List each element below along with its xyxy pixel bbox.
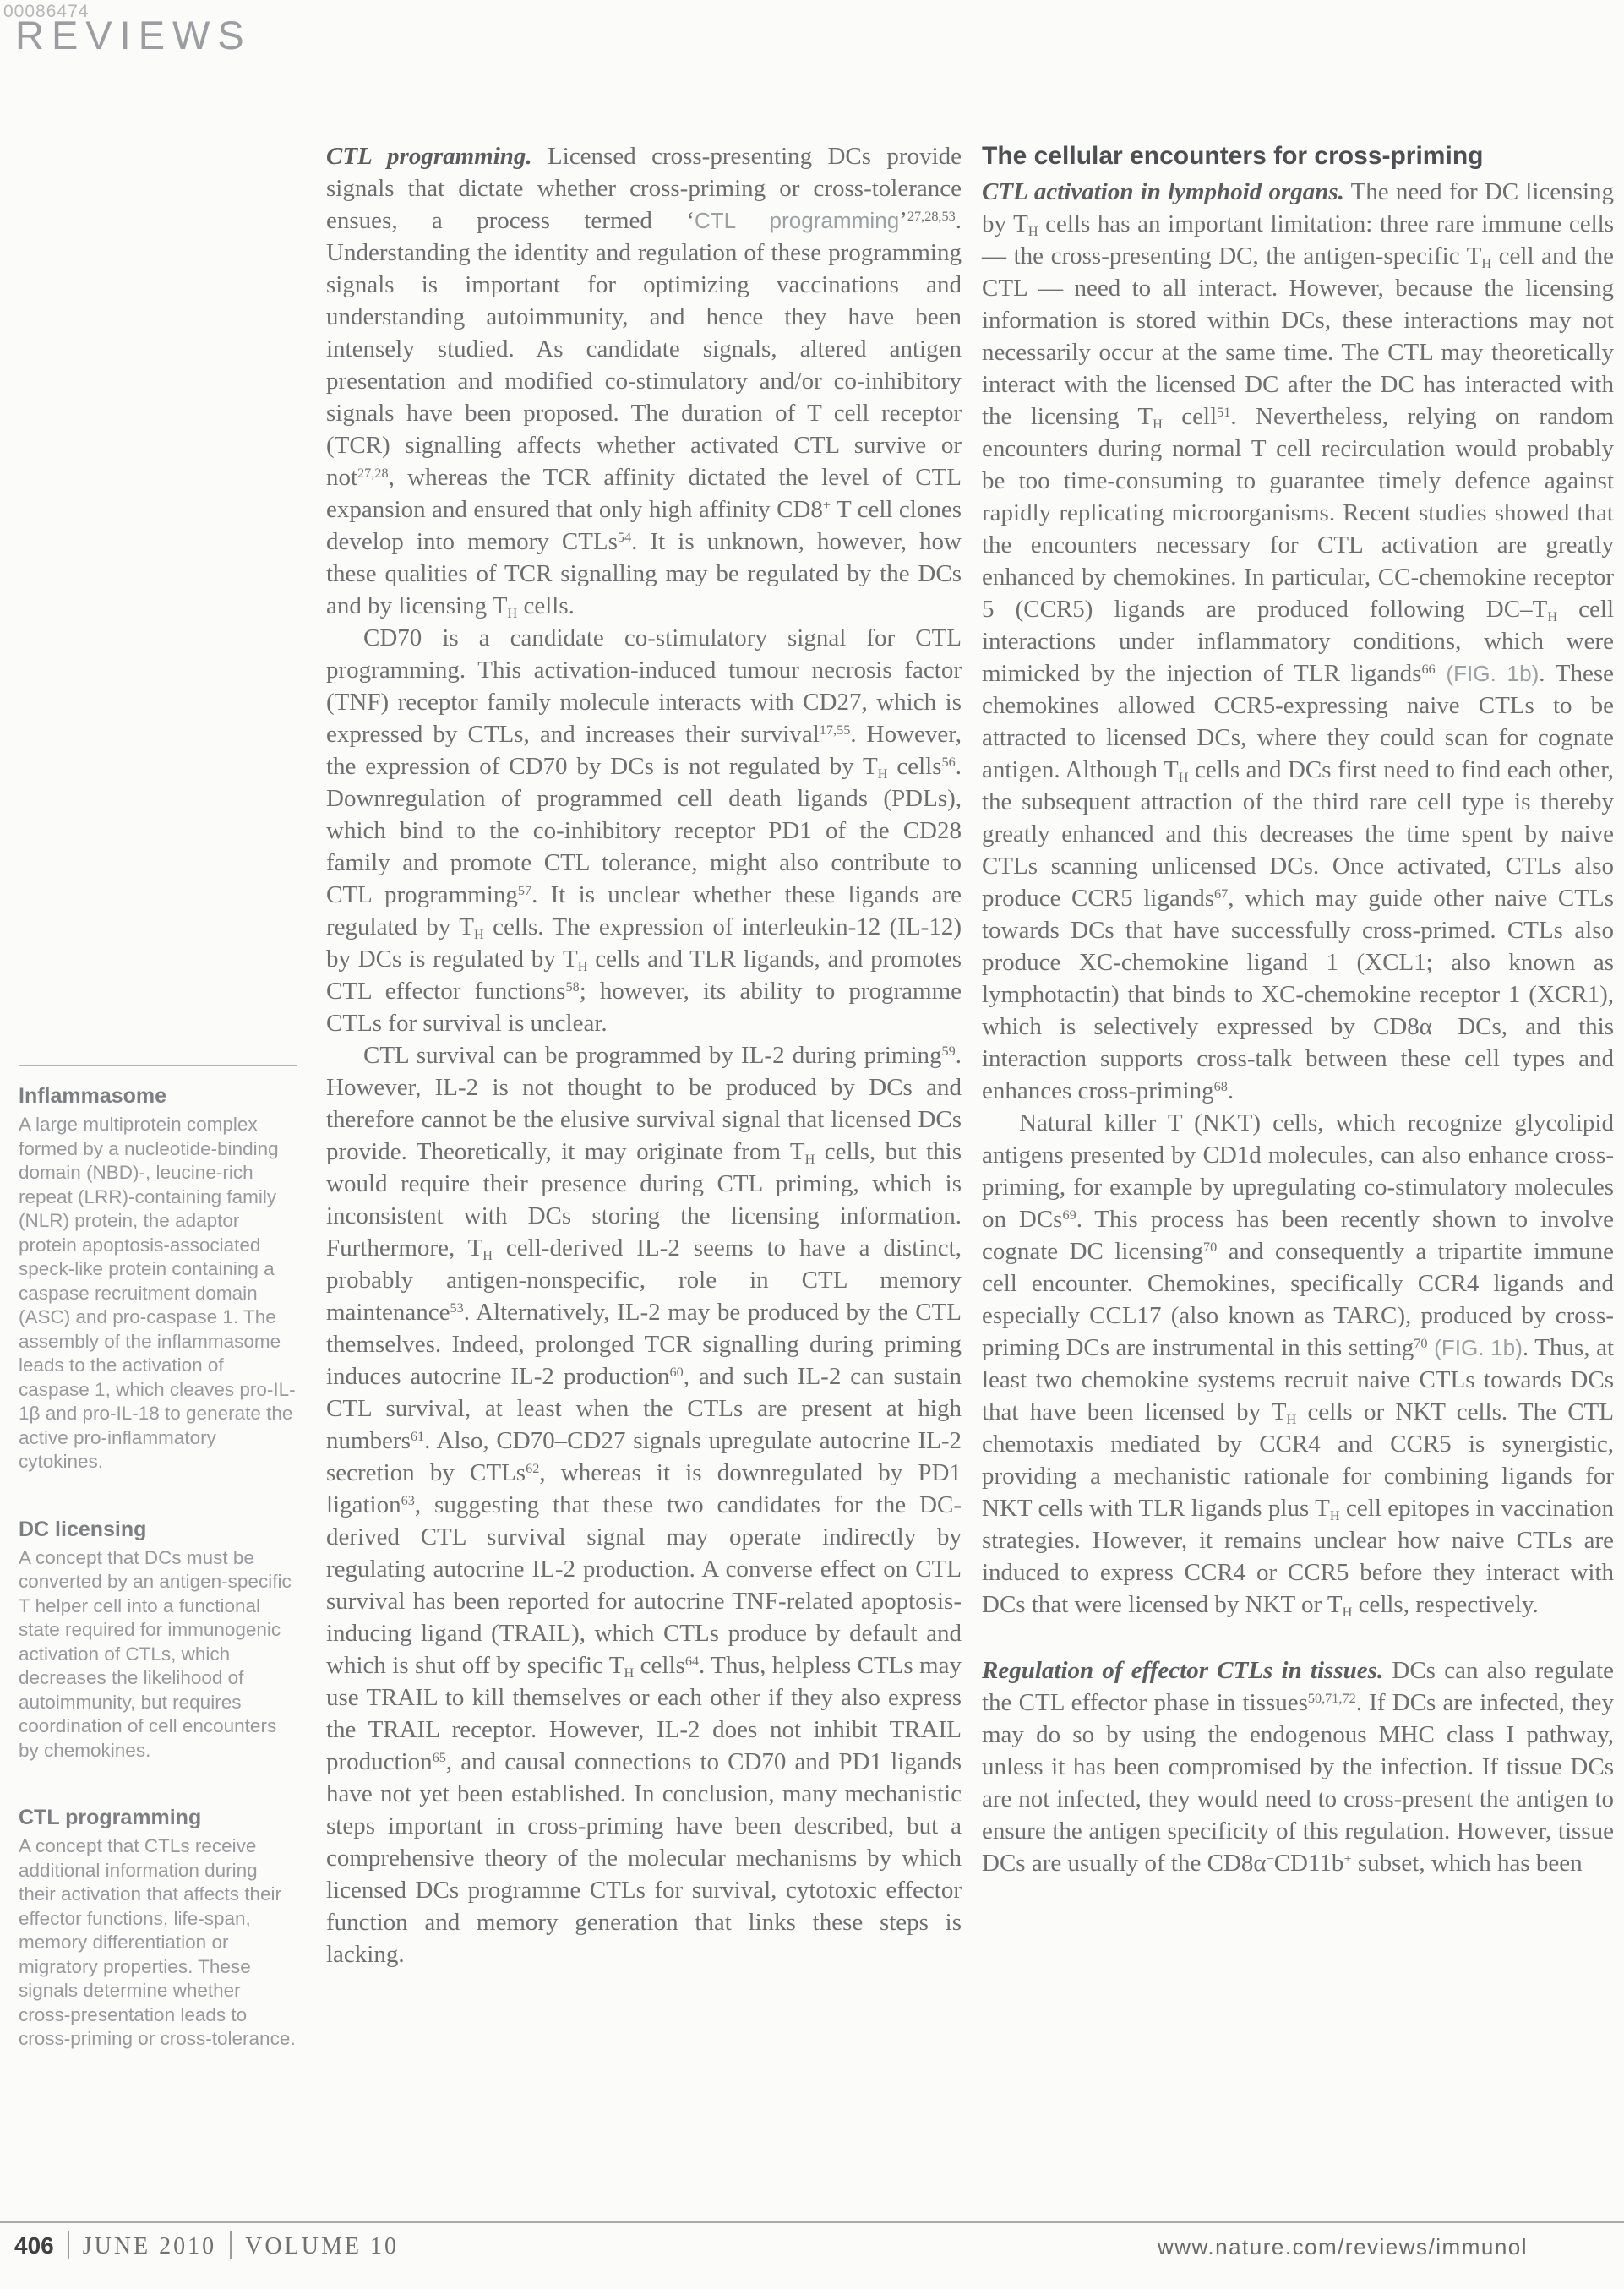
paragraph-nkt-cells: Natural killer T (NKT) cells, which reco… xyxy=(982,1107,1614,1621)
glossary-definition: A large multiprotein complex formed by a… xyxy=(19,1113,297,1474)
paragraph-ctl-programming: CTL programming. Licensed cross-presenti… xyxy=(326,140,962,622)
paragraph-ctl-activation: CTL activation in lymphoid organs. The n… xyxy=(982,176,1614,1107)
journal-url: www.nature.com/reviews/immunol xyxy=(1158,2234,1528,2260)
reviews-banner: REVIEWS xyxy=(15,12,252,58)
text-column-left: CTL programming. Licensed cross-presenti… xyxy=(326,140,962,1970)
glossary-definition: A concept that DCs must be converted by … xyxy=(19,1546,297,1763)
section-heading: The cellular encounters for cross-primin… xyxy=(982,140,1614,172)
footer-separator xyxy=(68,2231,69,2259)
glossary-term: DC licensing xyxy=(19,1517,297,1543)
paragraph-cd70: CD70 is a candidate co-stimulatory signa… xyxy=(326,622,962,1039)
footer-issue: JUNE 2010 xyxy=(83,2233,216,2259)
paragraph-regulation-effector-ctls: Regulation of effector CTLs in tissues. … xyxy=(982,1654,1614,1879)
footer-separator xyxy=(230,2231,232,2259)
glossary-entry-ctl-programming: CTL programming A concept that CTLs rece… xyxy=(19,1805,297,2052)
page-number: 406 xyxy=(14,2232,54,2259)
glossary-sidebar: Inflammasome A large multiprotein comple… xyxy=(19,1065,297,2094)
text-column-right: The cellular encounters for cross-primin… xyxy=(982,140,1614,1879)
paragraph-ctl-survival: CTL survival can be programmed by IL-2 d… xyxy=(326,1039,962,1970)
glossary-term: CTL programming xyxy=(19,1805,297,1831)
glossary-term: Inflammasome xyxy=(19,1083,297,1109)
footer-left: 406JUNE 2010VOLUME 10 xyxy=(14,2231,399,2260)
glossary-entry-dc-licensing: DC licensing A concept that DCs must be … xyxy=(19,1517,297,1763)
footer-volume: VOLUME 10 xyxy=(245,2233,399,2259)
glossary-definition: A concept that CTLs receive additional i… xyxy=(19,1834,297,2052)
glossary-entry-inflammasome: Inflammasome A large multiprotein comple… xyxy=(19,1083,297,1474)
journal-page: 00086474 REVIEWS Inflammasome A large mu… xyxy=(0,0,1624,2289)
footer-divider xyxy=(0,2221,1624,2223)
